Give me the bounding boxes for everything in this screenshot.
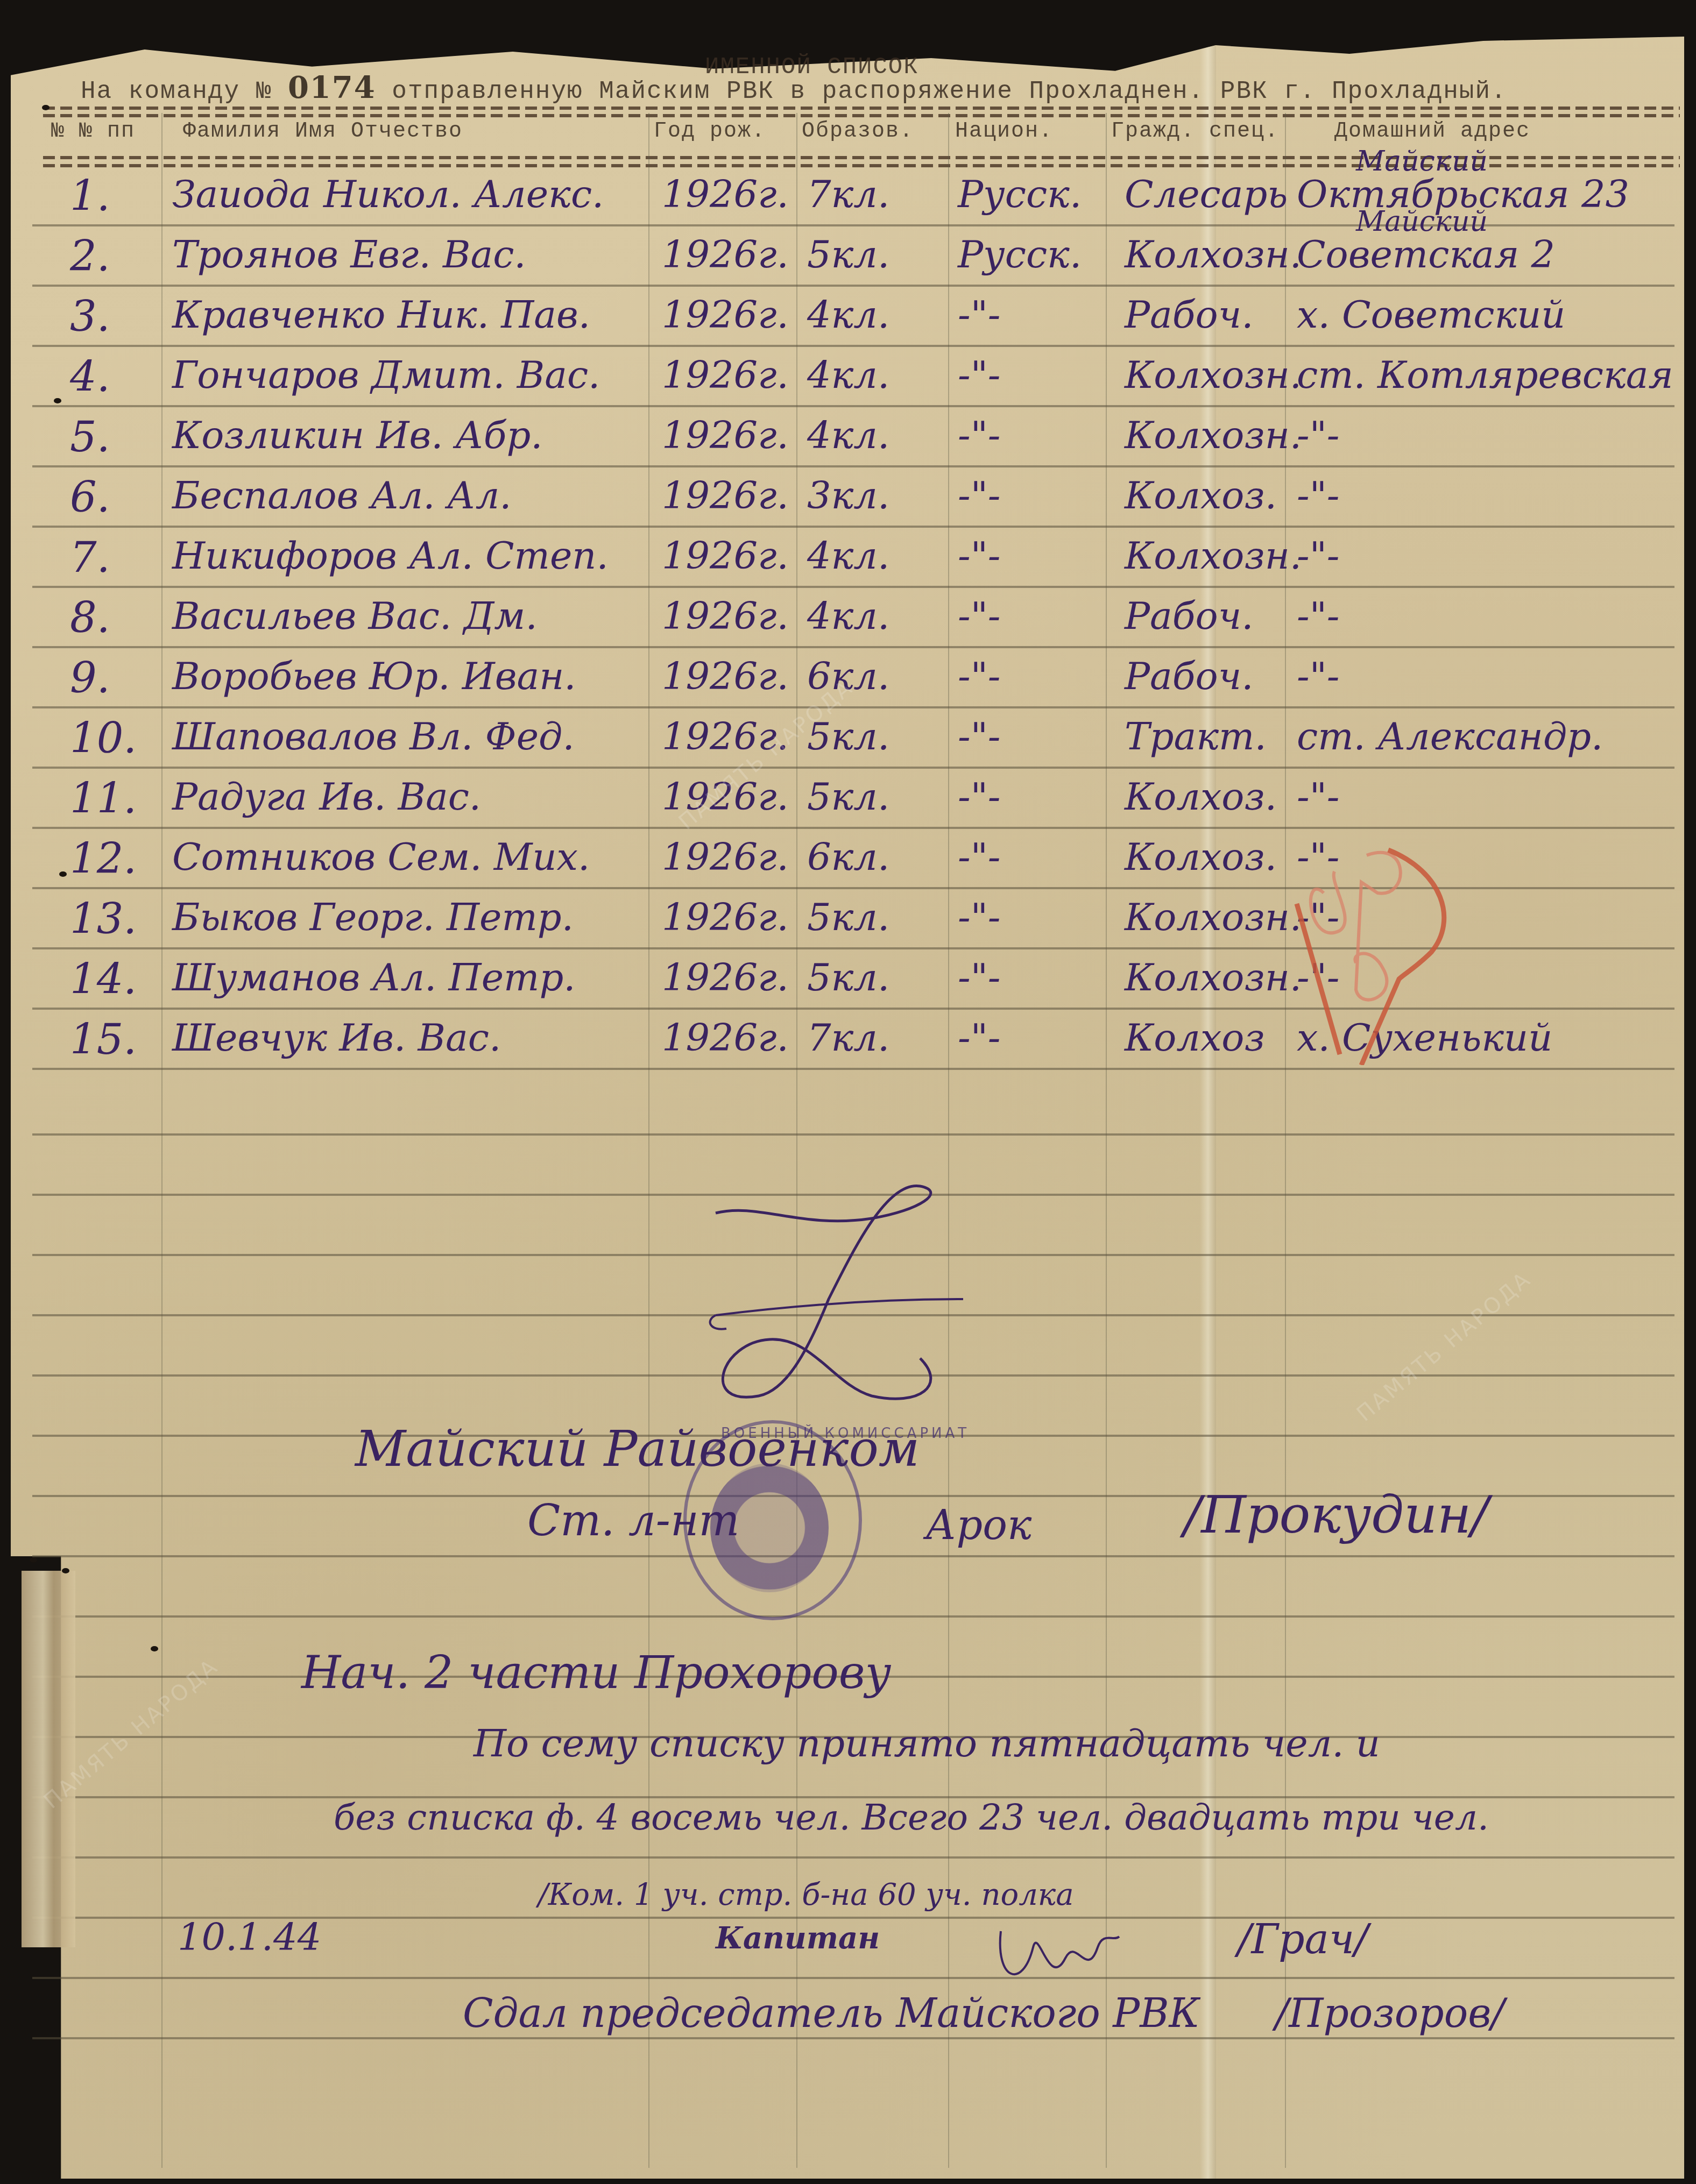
row-nationality: -"- <box>958 955 1001 999</box>
punch-hole <box>42 105 50 110</box>
ruled-line <box>32 1615 1674 1618</box>
row-specialty: Колхоз. <box>1125 775 1277 819</box>
document-subtitle: На команду № 0174 отправленную Майским Р… <box>81 70 1507 105</box>
ruled-line <box>32 1977 1674 1979</box>
row-specialty: Колхоз <box>1125 1016 1265 1060</box>
row-education: 4кл. <box>807 293 889 337</box>
col-divider <box>161 113 162 2168</box>
col-divider <box>648 113 649 2168</box>
col-divider <box>948 113 949 2168</box>
row-education: 4кл. <box>807 594 889 638</box>
row-specialty: Слесарь <box>1125 172 1288 216</box>
row-number: 8. <box>70 594 110 642</box>
row-number: 9. <box>70 654 110 703</box>
ruled-line <box>32 526 1674 528</box>
col-header-nationality: Национ. <box>955 119 1053 144</box>
row-birth-year: 1926г. <box>662 353 789 397</box>
row-full-name: Троянов Евг. Вас. <box>172 232 526 276</box>
row-nationality: -"- <box>958 835 1001 879</box>
ruled-line <box>32 345 1674 347</box>
subtitle-rest: отправленную Майским РВК в распоряжение … <box>392 77 1507 105</box>
row-nationality: -"- <box>958 594 1001 638</box>
row-specialty: Колхозн. <box>1125 895 1302 939</box>
row-address: -"- <box>1297 534 1340 578</box>
row-specialty: Тракт. <box>1125 714 1267 758</box>
row-number: 12. <box>70 835 137 883</box>
flourish-signature <box>694 1181 995 1417</box>
row-specialty: Колхоз. <box>1125 835 1277 879</box>
row-number: 6. <box>70 473 110 522</box>
row-nationality: -"- <box>958 534 1001 578</box>
col-header-address: Домашний адрес <box>1334 119 1530 144</box>
receipt-sign-name: /Грач/ <box>1238 1915 1368 1963</box>
row-specialty: Колхоз. <box>1125 473 1277 517</box>
row-specialty: Рабоч. <box>1125 654 1254 698</box>
ruled-line <box>32 465 1674 467</box>
row-number: 1. <box>70 172 110 221</box>
row-birth-year: 1926г. <box>662 955 789 999</box>
col-divider <box>796 113 797 2168</box>
row-nationality: -"- <box>958 473 1001 517</box>
row-full-name: Радуга Ив. Вас. <box>172 775 481 819</box>
signature-name: /Прокудин/ <box>1184 1485 1489 1545</box>
row-address: -"- <box>1297 775 1340 819</box>
row-full-name: Шаповалов Вл. Фед. <box>172 714 575 758</box>
row-full-name: Кравченко Ник. Пав. <box>172 293 590 337</box>
receipt-line-4: Сдал председатель Майского РВК <box>463 1990 1200 2037</box>
row-nationality: -"- <box>958 293 1001 337</box>
row-birth-year: 1926г. <box>662 594 789 638</box>
row-number: 10. <box>70 714 137 763</box>
ruled-line <box>32 1068 1674 1070</box>
row-address: х. Советский <box>1297 293 1565 337</box>
punch-hole <box>30 1557 37 1563</box>
receipt-line-2: без списка ф. 4 восемь чел. Всего 23 чел… <box>334 1797 1489 1838</box>
row-address: -"- <box>1297 413 1340 457</box>
row-full-name: Сотников Сем. Мих. <box>172 835 590 879</box>
ruled-line <box>32 405 1674 407</box>
row-education: 5кл. <box>807 955 889 999</box>
row-nationality: -"- <box>958 1016 1001 1060</box>
row-number: 5. <box>70 413 110 462</box>
punch-hole <box>151 1646 158 1651</box>
row-specialty: Колхозн. <box>1125 413 1302 457</box>
ruled-line <box>32 285 1674 287</box>
signature-scribble: Арок <box>925 1501 1031 1549</box>
row-specialty: Колхозн. <box>1125 955 1302 999</box>
row-education: 5кл. <box>807 895 889 939</box>
row-address: -"- <box>1297 654 1340 698</box>
row-address: ст. Котляревская <box>1297 353 1673 397</box>
ruled-line <box>32 2037 1674 2039</box>
row-nationality: -"- <box>958 654 1001 698</box>
row-nationality: Русск. <box>958 172 1082 216</box>
row-nationality: -"- <box>958 714 1001 758</box>
receipt-signature-scribble <box>990 1915 1130 1996</box>
subtitle-prefix: На команду № <box>81 77 272 105</box>
row-full-name: Воробьев Юр. Иван. <box>172 654 576 698</box>
row-specialty: Колхозн. <box>1125 353 1302 397</box>
ruled-line <box>32 646 1674 648</box>
ruled-line <box>32 767 1674 769</box>
row-full-name: Заиода Никол. Алекс. <box>172 172 604 216</box>
row-birth-year: 1926г. <box>662 534 789 578</box>
punch-hole <box>59 871 67 877</box>
row-education: 7кл. <box>807 172 889 216</box>
row-birth-year: 1926г. <box>662 473 789 517</box>
row-full-name: Гончаров Дмит. Вас. <box>172 353 600 397</box>
receipt-date: 10.1.44 <box>178 1915 321 1959</box>
row-education: 4кл. <box>807 353 889 397</box>
ruled-line <box>32 706 1674 708</box>
row-education: 5кл. <box>807 775 889 819</box>
row-full-name: Шевчук Ив. Вас. <box>172 1016 501 1060</box>
row-nationality: -"- <box>958 353 1001 397</box>
signature-line-title: Майский Райвоенком <box>355 1420 920 1478</box>
ruled-line <box>32 1133 1674 1136</box>
col-header-name: Фамилия Имя Отчество <box>183 119 463 144</box>
row-specialty: Рабоч. <box>1125 594 1254 638</box>
row-nationality: Русск. <box>958 232 1082 276</box>
row-nationality: -"- <box>958 775 1001 819</box>
signature-rank: Ст. л-нт <box>527 1495 739 1545</box>
row-birth-year: 1926г. <box>662 895 789 939</box>
col-header-number: № № пп <box>51 119 135 144</box>
row-specialty: Колхозн. <box>1125 534 1302 578</box>
row-education: 3кл. <box>807 473 889 517</box>
ruled-line <box>32 827 1674 829</box>
row-education: 6кл. <box>807 835 889 879</box>
row-full-name: Шуманов Ал. Петр. <box>172 955 576 999</box>
binding-strip <box>22 1571 75 1947</box>
receipt-addressee: Нач. 2 части Прохорову <box>301 1646 891 1699</box>
row-address: ст. Александр. <box>1297 714 1603 758</box>
row-education: 5кл. <box>807 232 889 276</box>
row-number: 14. <box>70 955 137 1004</box>
row-birth-year: 1926г. <box>662 1016 789 1060</box>
row-number: 11. <box>70 775 137 823</box>
punch-hole <box>54 398 61 403</box>
row-address: -"- <box>1297 473 1340 517</box>
col-header-specialty: Гражд. спец. <box>1111 119 1279 144</box>
team-number: 0174 <box>288 70 376 105</box>
row-specialty: Колхозн. <box>1125 232 1302 276</box>
row-full-name: Быков Георг. Петр. <box>172 895 574 939</box>
row-address: Советская 2 <box>1297 232 1555 276</box>
receipt-rank: Капитан <box>716 1920 880 1956</box>
row-full-name: Никифоров Ал. Степ. <box>172 534 609 578</box>
receipt-line-4-name: /Прозоров/ <box>1275 1990 1504 2037</box>
punch-hole <box>62 1568 69 1573</box>
row-birth-year: 1926г. <box>662 654 789 698</box>
row-education: 4кл. <box>807 534 889 578</box>
row-address: -"- <box>1297 594 1340 638</box>
col-divider <box>1106 113 1107 2168</box>
col-header-education: Образов. <box>802 119 914 144</box>
receipt-line-3: /Ком. 1 уч. стр. б-на 60 уч. полка <box>538 1877 1074 1912</box>
red-pencil-mark <box>1281 839 1474 1065</box>
header-rule-top-2 <box>43 114 1680 117</box>
col-header-year: Год рож. <box>654 119 766 144</box>
row-education: 4кл. <box>807 413 889 457</box>
row-birth-year: 1926г. <box>662 232 789 276</box>
row-number: 4. <box>70 353 110 401</box>
row-full-name: Козликин Ив. Абр. <box>172 413 542 457</box>
row-number: 3. <box>70 293 110 341</box>
row-number: 15. <box>70 1016 137 1064</box>
row-specialty: Рабоч. <box>1125 293 1254 337</box>
row-birth-year: 1926г. <box>662 293 789 337</box>
row-number: 2. <box>70 232 110 281</box>
row-birth-year: 1926г. <box>662 835 789 879</box>
row-nationality: -"- <box>958 895 1001 939</box>
row-nationality: -"- <box>958 413 1001 457</box>
row-birth-year: 1926г. <box>662 172 789 216</box>
row-full-name: Васильев Вас. Дм. <box>172 594 538 638</box>
row-birth-year: 1926г. <box>662 413 789 457</box>
row-number: 13. <box>70 895 137 944</box>
ruled-line <box>32 1856 1674 1859</box>
ruled-line <box>32 586 1674 588</box>
row-education: 7кл. <box>807 1016 889 1060</box>
header-rule-top <box>43 107 1680 110</box>
row-full-name: Беспалов Ал. Ал. <box>172 473 512 517</box>
row-number: 7. <box>70 534 110 582</box>
receipt-line-1: По сему списку принято пятнадцать чел. и <box>474 1721 1380 1765</box>
